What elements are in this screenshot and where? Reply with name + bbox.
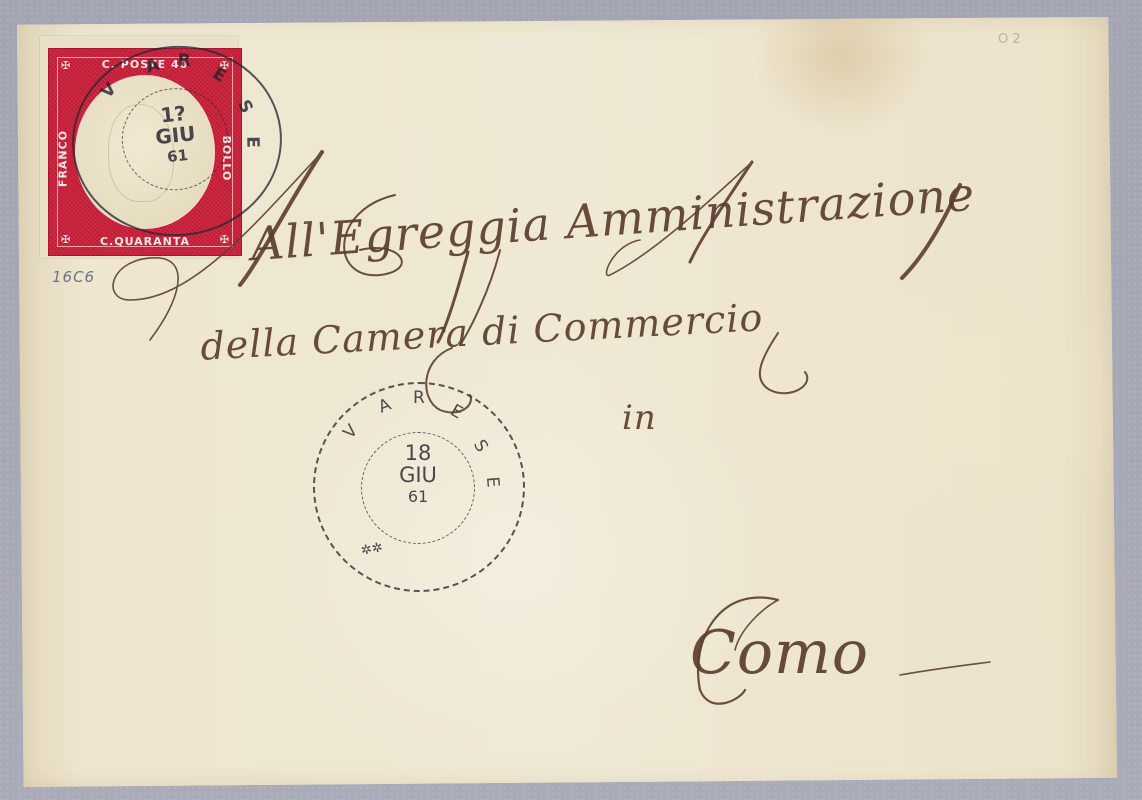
address-line-4: Como [690,618,869,688]
address-line-3: in [622,398,657,438]
pencil-catalog-note: 16C6 [52,268,95,286]
handwriting-flourishes [0,0,1142,800]
